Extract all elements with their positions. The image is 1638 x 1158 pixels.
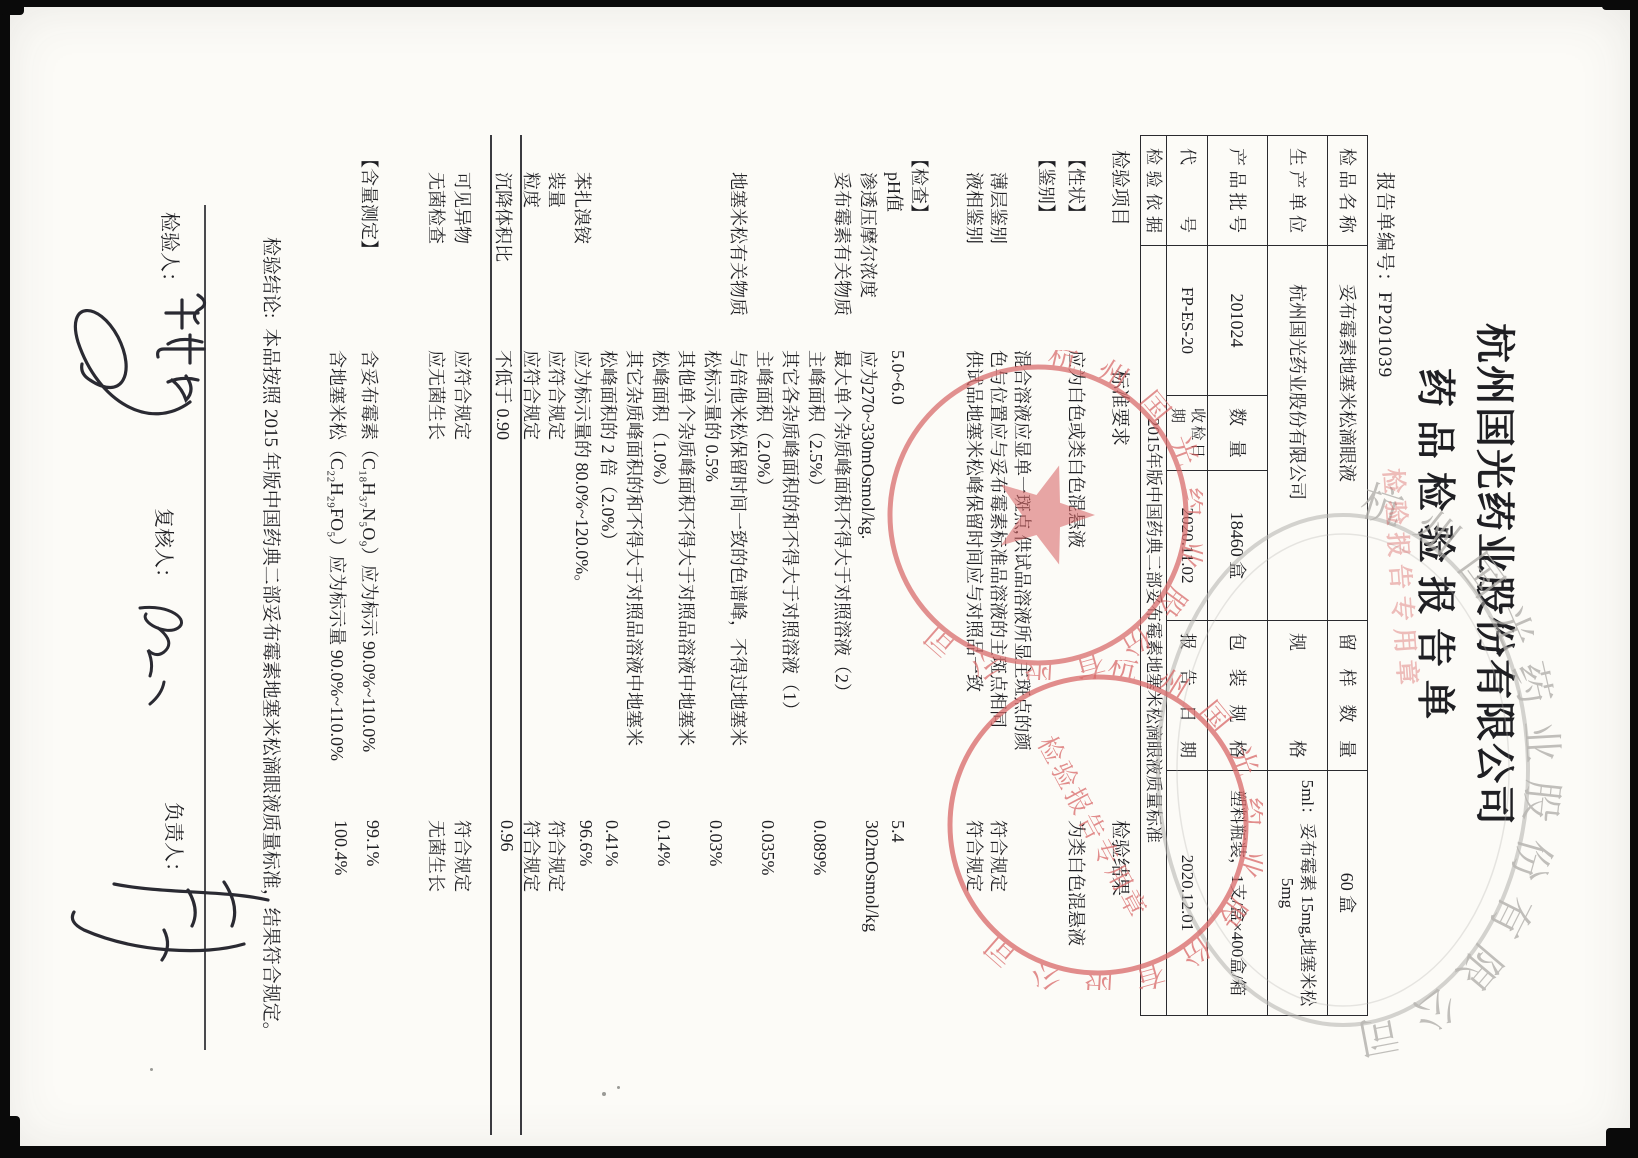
item-req: 应为270~330mOsmol/kg. [856, 350, 882, 539]
package-value: 塑料瓶装，1支/盒×400盒/箱 [1208, 771, 1268, 1016]
item-req: 应无菌生长 [424, 350, 450, 440]
report-item-row: 其他单个杂质峰面积不得大于对照品溶液中地塞米 [676, 135, 700, 1035]
conclusion-label: 检验结论: [260, 237, 281, 318]
item-result: 96.6% [575, 820, 596, 867]
item-req: 应符合规定 [450, 350, 476, 440]
item-req: 含妥布霉素（C₁₈H₃₇N₅O₉）应为标示 90.0%~110.0% [357, 350, 383, 752]
item-label: 地塞米松有关物质 [726, 172, 752, 316]
report-item-row: 装量应符合规定符合规定 [546, 135, 570, 1035]
report-item-row: 无菌检查应无菌生长无菌生长 [426, 135, 450, 1035]
company-title: 杭州国光药业股份有限公司 [1469, 135, 1526, 1015]
item-result: 99.1% [362, 820, 383, 867]
section-divider-bottom [490, 135, 492, 1135]
report-item-row: 沉降体积比不低于 0.900.96 [493, 135, 517, 1035]
report-document: 杭州国光药业股份有限公司 药品检验报告单 报告单编号：FP201039 检品名称… [0, 0, 1638, 1158]
batch-value: 201024 [1208, 246, 1268, 396]
item-label: 液相鉴别 [962, 172, 988, 244]
package-label: 包装规格 [1208, 621, 1268, 771]
document-title: 药品检验报告单 [1410, 110, 1466, 990]
item-req: 不低于 0.90 [491, 350, 517, 440]
item-req: 主峰面积（2.5%） [804, 350, 830, 496]
item-result: 0.089% [809, 820, 830, 876]
scan-border-left [0, 0, 10, 1158]
item-result: 符合规定 [519, 820, 545, 892]
item-label: 无菌检查 [424, 172, 450, 244]
item-label: 粒度 [519, 172, 545, 208]
item-result: 符合规定 [544, 820, 570, 892]
scan-corner-shadow [0, 1116, 20, 1158]
scan-border-right [1630, 0, 1638, 1158]
item-result: 符合规定 [962, 820, 988, 892]
report-item-row: 妥布霉素有关物质最大单个杂质峰面积不得大于对照溶液（2） [832, 135, 856, 1035]
item-label: 装量 [544, 172, 570, 208]
report-item-row: 可见异物应符合规定符合规定 [452, 135, 476, 1035]
report-item-row: 【检查】 [909, 135, 933, 1035]
item-req: 其它杂质峰面积的和不得大于对照品溶液中地塞米 [622, 350, 648, 746]
conclusion: 检验结论:本品按照 2015 年版中国药典二部妥布霉素地塞米松滴眼液质量标准，结… [259, 237, 286, 1041]
manufacturer-label: 生产单位 [1268, 136, 1328, 246]
report-item-row: 主峰面积（2.0%）0.035% [754, 135, 778, 1035]
item-result: 0.96 [496, 820, 517, 852]
report-item-row: 其它杂质峰面积的和不得大于对照品溶液中地塞米 [624, 135, 648, 1035]
report-item-row: 薄层鉴别色与位置应与妥布霉素标准品溶液的主斑点相同符合规定 [988, 135, 1012, 1035]
basis-label: 检验依据 [1141, 136, 1167, 246]
section-divider-top [520, 135, 522, 1135]
sample-name-value: 妥布霉素地塞米松滴眼液 [1328, 246, 1368, 621]
conclusion-text: 本品按照 2015 年版中国药典二部妥布霉素地塞米松滴眼液质量标准，结果符合规定… [260, 328, 281, 1041]
report-item-row: 【含量测定】含妥布霉素（C₁₈H₃₇N₅O₉）应为标示 90.0%~110.0%… [359, 135, 383, 1035]
report-item-row: 粒度应符合规定符合规定 [521, 135, 545, 1035]
item-req: 供试品地塞米松峰保留时间应与对照品一致 [962, 350, 988, 692]
item-label: 【性状】 [1064, 150, 1090, 222]
approver-label: 负责人： [161, 802, 190, 882]
item-label: 妥布霉素有关物质 [830, 172, 856, 316]
spec-value: 5ml：妥布霉素 15mg,地塞米松 5mg [1268, 771, 1328, 1016]
item-result: 100.4% [330, 820, 351, 876]
report-date-value: 2020.12.01 [1167, 771, 1208, 1016]
spec-label: 规格 [1268, 621, 1328, 771]
item-req: 混合溶液应显单一斑点,供试品溶液所显主斑点的颜 [1010, 350, 1036, 751]
report-item-row: pH值5.0~6.05.4 [884, 135, 908, 1035]
scan-corner-shadow [0, 0, 24, 15]
retained-qty-label: 留样数量 [1328, 621, 1368, 771]
item-req: 应为白色或类白色混悬液 [1064, 350, 1090, 548]
item-label: 薄层鉴别 [986, 172, 1012, 244]
item-req: 应符合规定 [519, 350, 545, 440]
item-label: 渗透压摩尔浓度 [856, 172, 882, 298]
report-item-row: 地塞米松有关物质与倍他米松保留时间一致的色谱峰，不得过地塞米 [728, 135, 752, 1035]
item-label: pH值 [882, 172, 908, 212]
column-standard: 标准要求 [1108, 370, 1135, 446]
quantity-label: 数量 [1208, 396, 1268, 471]
item-req: 松峰面积的 2 倍（2.0%） [596, 350, 622, 550]
report-item-row: 苯扎溴铵应为标示量的 80.0%~120.0%。96.6% [572, 135, 596, 1035]
item-result: 0.41% [601, 820, 622, 867]
report-item-row: 松峰面积的 2 倍（2.0%）0.41% [598, 135, 622, 1035]
report-item-row: 混合溶液应显单一斑点,供试品溶液所显主斑点的颜 [1012, 135, 1036, 1035]
item-result: 符合规定 [986, 820, 1012, 892]
item-req: 应符合规定 [544, 350, 570, 440]
scan-corner-shadow [1602, 0, 1638, 10]
report-item-row: 松标示量的 0.5%0.03% [702, 135, 726, 1035]
info-table: 检品名称 妥布霉素地塞米松滴眼液 留样数量 60 盒 生产单位 杭州国光药业股份… [1140, 135, 1368, 1016]
item-result: 302mOsmol/kg [861, 820, 882, 932]
report-item-row: 松峰面积（1.0%）0.14% [650, 135, 674, 1035]
reviewer-signature [115, 592, 200, 722]
item-result: 5.4 [887, 820, 908, 843]
item-label: 【鉴别】 [1034, 150, 1060, 222]
code-value: FP-ES-20 [1167, 246, 1208, 396]
item-result: 为类白色混悬液 [1064, 820, 1090, 946]
report-item-row: 渗透压摩尔浓度应为270~330mOsmol/kg.302mOsmol/kg [858, 135, 882, 1035]
reviewer-label: 复核人： [151, 508, 180, 588]
report-item-row: 含地塞米松（C₂₂H₂₉FO₅）应为标示量 90.0%~110.0%100.4% [327, 135, 351, 1035]
item-req: 最大单个杂质峰面积不得大于对照溶液（2） [830, 350, 856, 701]
scanned-report-page: 杭州国光药业股份有限公司 药品检验报告单 报告单编号：FP201039 检品名称… [0, 0, 1638, 1158]
item-result: 0.035% [757, 820, 778, 876]
sample-name-label: 检品名称 [1328, 136, 1368, 246]
report-item-row: 液相鉴别供试品地塞米松峰保留时间应与对照品一致符合规定 [964, 135, 988, 1035]
dust-speck [617, 1086, 620, 1089]
item-req: 主峰面积（2.0%） [752, 350, 778, 496]
item-result: 无菌生长 [424, 820, 450, 892]
item-label: 【检查】 [907, 150, 933, 222]
report-number-label: 报告单编号： [1374, 172, 1395, 292]
item-label: 可见异物 [450, 172, 476, 244]
item-req: 松标示量的 0.5% [700, 350, 726, 482]
report-date-label: 报告日期 [1167, 621, 1208, 771]
report-number-value: FP201039 [1374, 292, 1395, 378]
item-req: 其它各杂质峰面积的和不得大于对照溶液（1） [778, 350, 804, 719]
item-label: 【含量测定】 [357, 150, 383, 258]
item-result: 0.03% [705, 820, 726, 867]
item-req: 5.0~6.0 [887, 350, 908, 405]
item-req: 与倍他米松保留时间一致的色谱峰，不得过地塞米 [726, 350, 752, 746]
item-result: 0.14% [653, 820, 674, 867]
scan-corner-shadow [1606, 1128, 1638, 1158]
column-result: 检验结果 [1108, 820, 1135, 896]
item-label: 沉降体积比 [491, 172, 517, 262]
manufacturer-value: 杭州国光药业股份有限公司 [1268, 246, 1328, 621]
basis-value: 2015年版中国药典二部妥布霉素地塞米松滴眼液质量标准 [1141, 246, 1167, 1016]
report-item-row: 【鉴别】 [1036, 135, 1060, 1035]
received-date-label: 收检日期 [1167, 396, 1208, 471]
item-req: 色与位置应与妥布霉素标准品溶液的主斑点相同 [986, 350, 1012, 728]
inspector-label: 检验人： [157, 212, 186, 292]
report-item-row: 其它各杂质峰面积的和不得大于对照溶液（1） [780, 135, 804, 1035]
item-result: 符合规定 [450, 820, 476, 892]
dust-speck [150, 1068, 153, 1071]
signature-divider [205, 205, 207, 1050]
report-number: 报告单编号：FP201039 [1373, 172, 1400, 378]
scan-border-top [0, 0, 1638, 7]
retained-qty-value: 60 盒 [1328, 771, 1368, 1016]
dust-speck [602, 1092, 606, 1096]
quantity-value: 18460 盒 [1208, 471, 1268, 621]
item-req: 松峰面积（1.0%） [648, 350, 674, 496]
item-req: 含地塞米松（C₂₂H₂₉FO₅）应为标示量 90.0%~110.0% [325, 350, 351, 761]
item-label: 苯扎溴铵 [570, 172, 596, 244]
code-label: 代号 [1167, 136, 1208, 246]
inspector-signature [40, 280, 220, 455]
report-item-row: 【性状】应为白色或类白色混悬液为类白色混悬液 [1066, 135, 1090, 1035]
item-req: 应为标示量的 80.0%~120.0%。 [570, 350, 596, 592]
batch-label: 产品批号 [1208, 136, 1268, 246]
item-req: 其他单个杂质峰面积不得大于对照品溶液中地塞米 [674, 350, 700, 746]
column-item: 检验项目 [1108, 150, 1135, 226]
received-date-value: 2020.11.02 [1167, 471, 1208, 621]
report-item-row: 主峰面积（2.5%）0.089% [806, 135, 830, 1035]
scan-border-bottom [0, 1146, 1638, 1158]
